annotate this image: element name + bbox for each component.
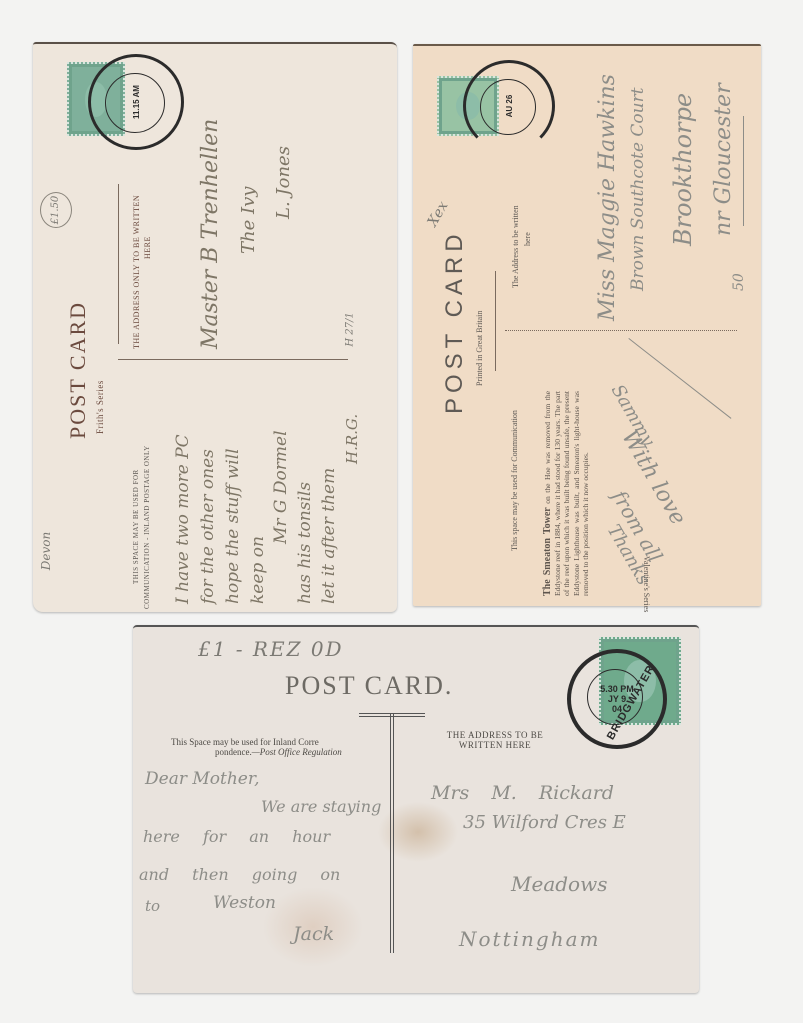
- pencil-county-note: Devon: [39, 532, 53, 570]
- address-heading-line-1: THE ADDRESS TO BE: [431, 730, 559, 740]
- postmark-plymouth: 11.15 AM: [88, 54, 184, 150]
- message-line-5: Weston: [213, 893, 276, 913]
- divider-vertical: [118, 184, 119, 344]
- card-title: POST CARD.: [285, 671, 453, 701]
- message-line-5: Mr G Dormel: [271, 430, 291, 544]
- smeaton-description: The Smeaton Tower on the Hoe was removed…: [543, 391, 591, 596]
- pencil-ref-note: H 27/1: [345, 312, 356, 346]
- address-line-2: 35 Wilford Cres E: [463, 812, 626, 833]
- divider-horizontal: [118, 359, 348, 360]
- divider-vertical: [390, 713, 391, 953]
- handwritten-address-4: nr Gloucester: [711, 83, 736, 236]
- description-title: The Smeaton Tower: [542, 507, 553, 596]
- message-line-1: We are staying: [261, 797, 381, 816]
- address-line-4: Nottingham: [459, 927, 600, 951]
- handwritten-address-3: Brookthorpe: [669, 93, 697, 246]
- postcard-devonport: Xex POST CARD Printed in Great Britain T…: [413, 44, 761, 606]
- address-heading-here: here: [523, 232, 532, 246]
- communication-line-2: pondence.: [215, 747, 252, 757]
- address-heading-line-2: WRITTEN HERE: [431, 740, 559, 750]
- card-title: POST CARD: [65, 301, 91, 439]
- divider-dotted: [505, 330, 737, 331]
- address-line-3: Meadows: [511, 872, 607, 896]
- communication-line-1: This Space may be used for Inland Corre: [171, 737, 342, 747]
- handwritten-address-number: 50: [731, 273, 747, 291]
- message-greeting: Dear Mother,: [145, 769, 260, 789]
- communication-label-2: COMMUNICATION - INLAND POSTAGE ONLY: [143, 445, 151, 609]
- message-line-2: here for an hour: [143, 827, 330, 846]
- card-title: POST CARD: [441, 229, 469, 414]
- handwritten-address-3: L. Jones: [273, 146, 294, 219]
- underline: [743, 116, 744, 226]
- postmark-devonport: AU 26: [463, 60, 555, 152]
- diagonal-line: [628, 338, 731, 419]
- handwritten-address-1: Master B Trenhellen: [198, 119, 223, 349]
- pencil-price-note: £1.50: [40, 192, 72, 228]
- communication-regulation: —Post Office Regulation: [252, 747, 342, 757]
- pencil-note: Xex: [425, 199, 452, 230]
- message-line-8: H.R.G.: [343, 414, 361, 464]
- divider-vertical: [495, 271, 496, 371]
- address-heading-here: HERE: [143, 236, 152, 259]
- message-line-7: let it after them: [319, 468, 339, 604]
- communication-label: THIS SPACE MAY BE USED FOR: [132, 469, 140, 584]
- message-line-3: and then going on: [139, 865, 340, 884]
- address-heading: The Address to be written: [511, 205, 520, 288]
- message-line-6: has his tonsils: [295, 482, 315, 604]
- message-line-2: for the other ones: [198, 449, 218, 604]
- publisher-label: Frith's Series: [95, 380, 105, 434]
- communication-label: This Space may be used for Inland Corre …: [171, 737, 342, 757]
- handwritten-address-2: The Ivy: [238, 187, 259, 254]
- handwritten-address-2: Brown Southcote Court: [628, 87, 648, 291]
- message-line-1: I have two more PC: [173, 434, 193, 604]
- divider-horizontal-2: [359, 716, 425, 717]
- message-line-4: keep on: [248, 536, 268, 604]
- address-heading: THE ADDRESS TO BE WRITTEN HERE: [431, 730, 559, 750]
- divider-horizontal: [359, 713, 425, 714]
- communication-label: This space may be used for Communication: [510, 410, 519, 551]
- handwritten-address-1: Miss Maggie Hawkins: [595, 74, 620, 321]
- message-line-4: to: [145, 897, 160, 915]
- postcard-plymouth: £1.50 Devon H 27/1 POST CARD Frith's Ser…: [33, 42, 397, 612]
- printed-in-label: Printed in Great Britain: [475, 311, 484, 386]
- message-signature: Jack: [293, 923, 334, 945]
- divider-vertical-2: [393, 713, 394, 953]
- message-line-3: hope the stuff will: [223, 448, 243, 604]
- postcard-bridgwater: £1 - REZ 0D POST CARD. This Space may be…: [133, 625, 699, 993]
- pencil-price-note: £1 - REZ 0D: [198, 637, 344, 661]
- address-heading: THE ADDRESS ONLY TO BE WRITTEN: [132, 195, 141, 349]
- address-line-1: Mrs M. Rickard: [431, 782, 614, 804]
